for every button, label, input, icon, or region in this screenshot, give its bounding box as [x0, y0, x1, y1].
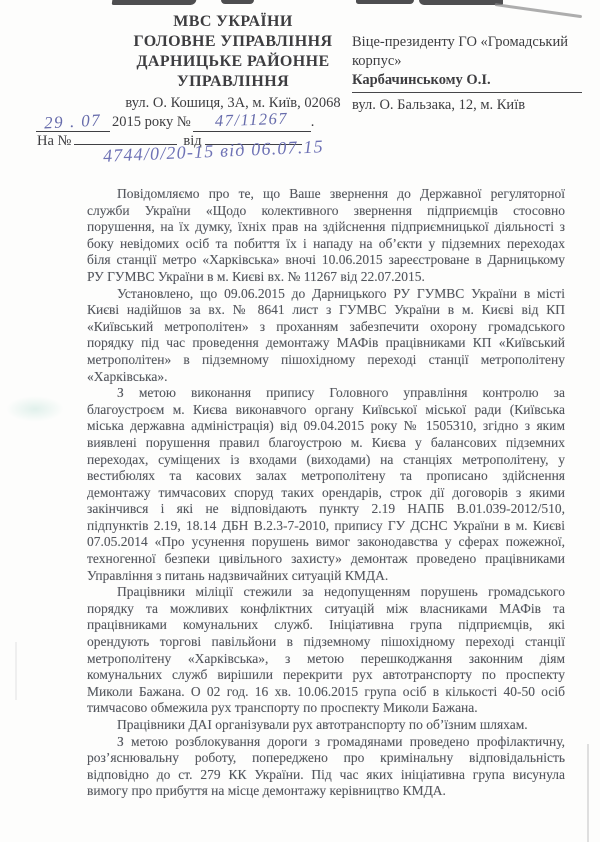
- text-line: роз’яснювальну роботу, попереджено про к…: [87, 750, 565, 767]
- text-line: благоустроєм м. Києва виконавчого органу…: [87, 402, 565, 419]
- recipient-title-line: корпус»: [352, 52, 582, 71]
- recipient-title-line: Віце-президенту ГО «Громадський: [352, 33, 582, 52]
- date-underline: 29 . 07: [36, 111, 110, 132]
- scan-edge-line-left: [15, 642, 17, 700]
- text-line: порядку та можливих конфліктних ситуацій…: [87, 601, 565, 618]
- text-line: метрополітен» в підземному пішохідному п…: [87, 352, 565, 369]
- scanned-letter-page: МВС УКРАЇНИ ГОЛОВНЕ УПРАВЛІННЯ ДАРНИЦЬКЕ…: [0, 0, 600, 842]
- text-line: Працівники міліції стежили за недопущенн…: [87, 584, 565, 601]
- text-line: підпунктів 2.19, 18.14 ДБН В.2.3-7-2010,…: [87, 518, 565, 535]
- ref-printed-text: 2015 року №: [110, 114, 193, 130]
- sender-org-line: ДАРНИЦЬКЕ РАЙОННЕ: [97, 52, 369, 72]
- scan-artifact-top-scratch: [495, 3, 582, 18]
- sender-org-line: МВС УКРАЇНИ: [97, 12, 369, 32]
- recipient-address: вул. О. Бальзака, 12, м. Київ: [352, 96, 582, 115]
- text-line: Установлено, що 09.06.2015 до Дарницьког…: [87, 286, 565, 303]
- text-line: переходах, суміщених із входами (виходам…: [87, 452, 565, 469]
- text-line: Києві надійшов за вх. № 8641 лист з ГУМВ…: [87, 302, 565, 319]
- scan-artifact-top-4: [419, 0, 503, 5]
- handwritten-number: 47/11267: [215, 109, 289, 132]
- na-label: На №: [37, 133, 74, 149]
- scan-edge-line-right: [587, 744, 589, 842]
- scan-smudge-left: [6, 396, 64, 422]
- recipient-block: Віце-президенту ГО «Громадський корпус» …: [352, 33, 582, 114]
- text-line: «Харківська».: [87, 369, 565, 386]
- recipient-underline: [352, 92, 582, 93]
- text-line: З метою розблокування дороги з громадяна…: [87, 734, 565, 751]
- text-line: Миколи Бажана. О 02 год. 16 хв. 10.06.20…: [87, 684, 565, 701]
- text-line: закінчився і які не відповідають пункту …: [87, 501, 565, 518]
- handwritten-date: 29 . 07: [44, 111, 102, 134]
- text-line: Повідомляємо про те, що Ваше звернення д…: [87, 186, 565, 203]
- text-line: комунальних служб вирішили перекрити рух…: [87, 667, 565, 684]
- document-body: Повідомляємо про те, що Ваше звернення д…: [87, 186, 565, 800]
- sender-letterhead: МВС УКРАЇНИ ГОЛОВНЕ УПРАВЛІННЯ ДАРНИЦЬКЕ…: [97, 12, 369, 112]
- text-line: Управління з питань надзвичайних ситуаці…: [87, 568, 565, 585]
- text-line: тимчасово обмежила рух транспорту по про…: [87, 700, 565, 717]
- text-line: РУ ГУМВС України в м. Києві вх. № 11267 …: [87, 269, 565, 286]
- text-line: міська державна адміністрація) від 09.04…: [87, 418, 565, 435]
- recipient-name: Карбачинському О.І.: [352, 71, 582, 90]
- text-line: порушення, на їх думку, їхніх прав на зд…: [87, 219, 565, 236]
- sender-address: вул. О. Кошиця, 3А, м. Київ, 02068: [97, 95, 369, 112]
- text-line: відповідно до ст. 279 КК України. Під ча…: [87, 767, 565, 784]
- text-line: біля станції метро «Харківська» вночі 10…: [87, 252, 565, 269]
- text-line: вимогу про прибуття на місце демонтажу к…: [87, 783, 565, 800]
- scan-artifact-top-3: [356, 0, 414, 4]
- text-line: порядку під час проведення демонтажу МАФ…: [87, 335, 565, 352]
- sender-org-line: ГОЛОВНЕ УПРАВЛІННЯ: [97, 32, 369, 52]
- scan-artifact-top-2: [221, 0, 254, 4]
- scan-artifact-top-1: [112, 0, 197, 5]
- outgoing-ref-line: 29 . 072015 року №47/11267.: [36, 111, 356, 132]
- text-line: служби України «Щодо колективного зверне…: [87, 203, 565, 220]
- text-line: виявлені порушення правил благоустрою м.…: [87, 435, 565, 452]
- text-line: вестибюлях та касових залах метрополітен…: [87, 468, 565, 485]
- text-line: орендують торгові павільйони в підземном…: [87, 634, 565, 651]
- number-underline: 47/11267: [193, 111, 311, 132]
- text-line: техногенної безпеки цивільного захисту» …: [87, 551, 565, 568]
- text-line: 07.05.2014 «Про усунення порушень вимог …: [87, 534, 565, 551]
- sender-org-line: УПРАВЛІННЯ: [97, 72, 369, 92]
- text-line: демонтажу тимчасових споруд таких оренда…: [87, 485, 565, 502]
- text-line: З метою виконання припису Головного упра…: [87, 385, 565, 402]
- text-line: «Київський метрополітен» з проханням заб…: [87, 319, 565, 336]
- text-line: Працівники ДАІ організували рух автотран…: [87, 717, 565, 734]
- text-line: боку невідомих осіб та побиття їх і напа…: [87, 236, 565, 253]
- text-line: метрополітену «Харківська», з метою пере…: [87, 651, 565, 668]
- text-line: працівниками комунальних служб. Ініціати…: [87, 617, 565, 634]
- ref-trailing-dot: .: [311, 114, 315, 130]
